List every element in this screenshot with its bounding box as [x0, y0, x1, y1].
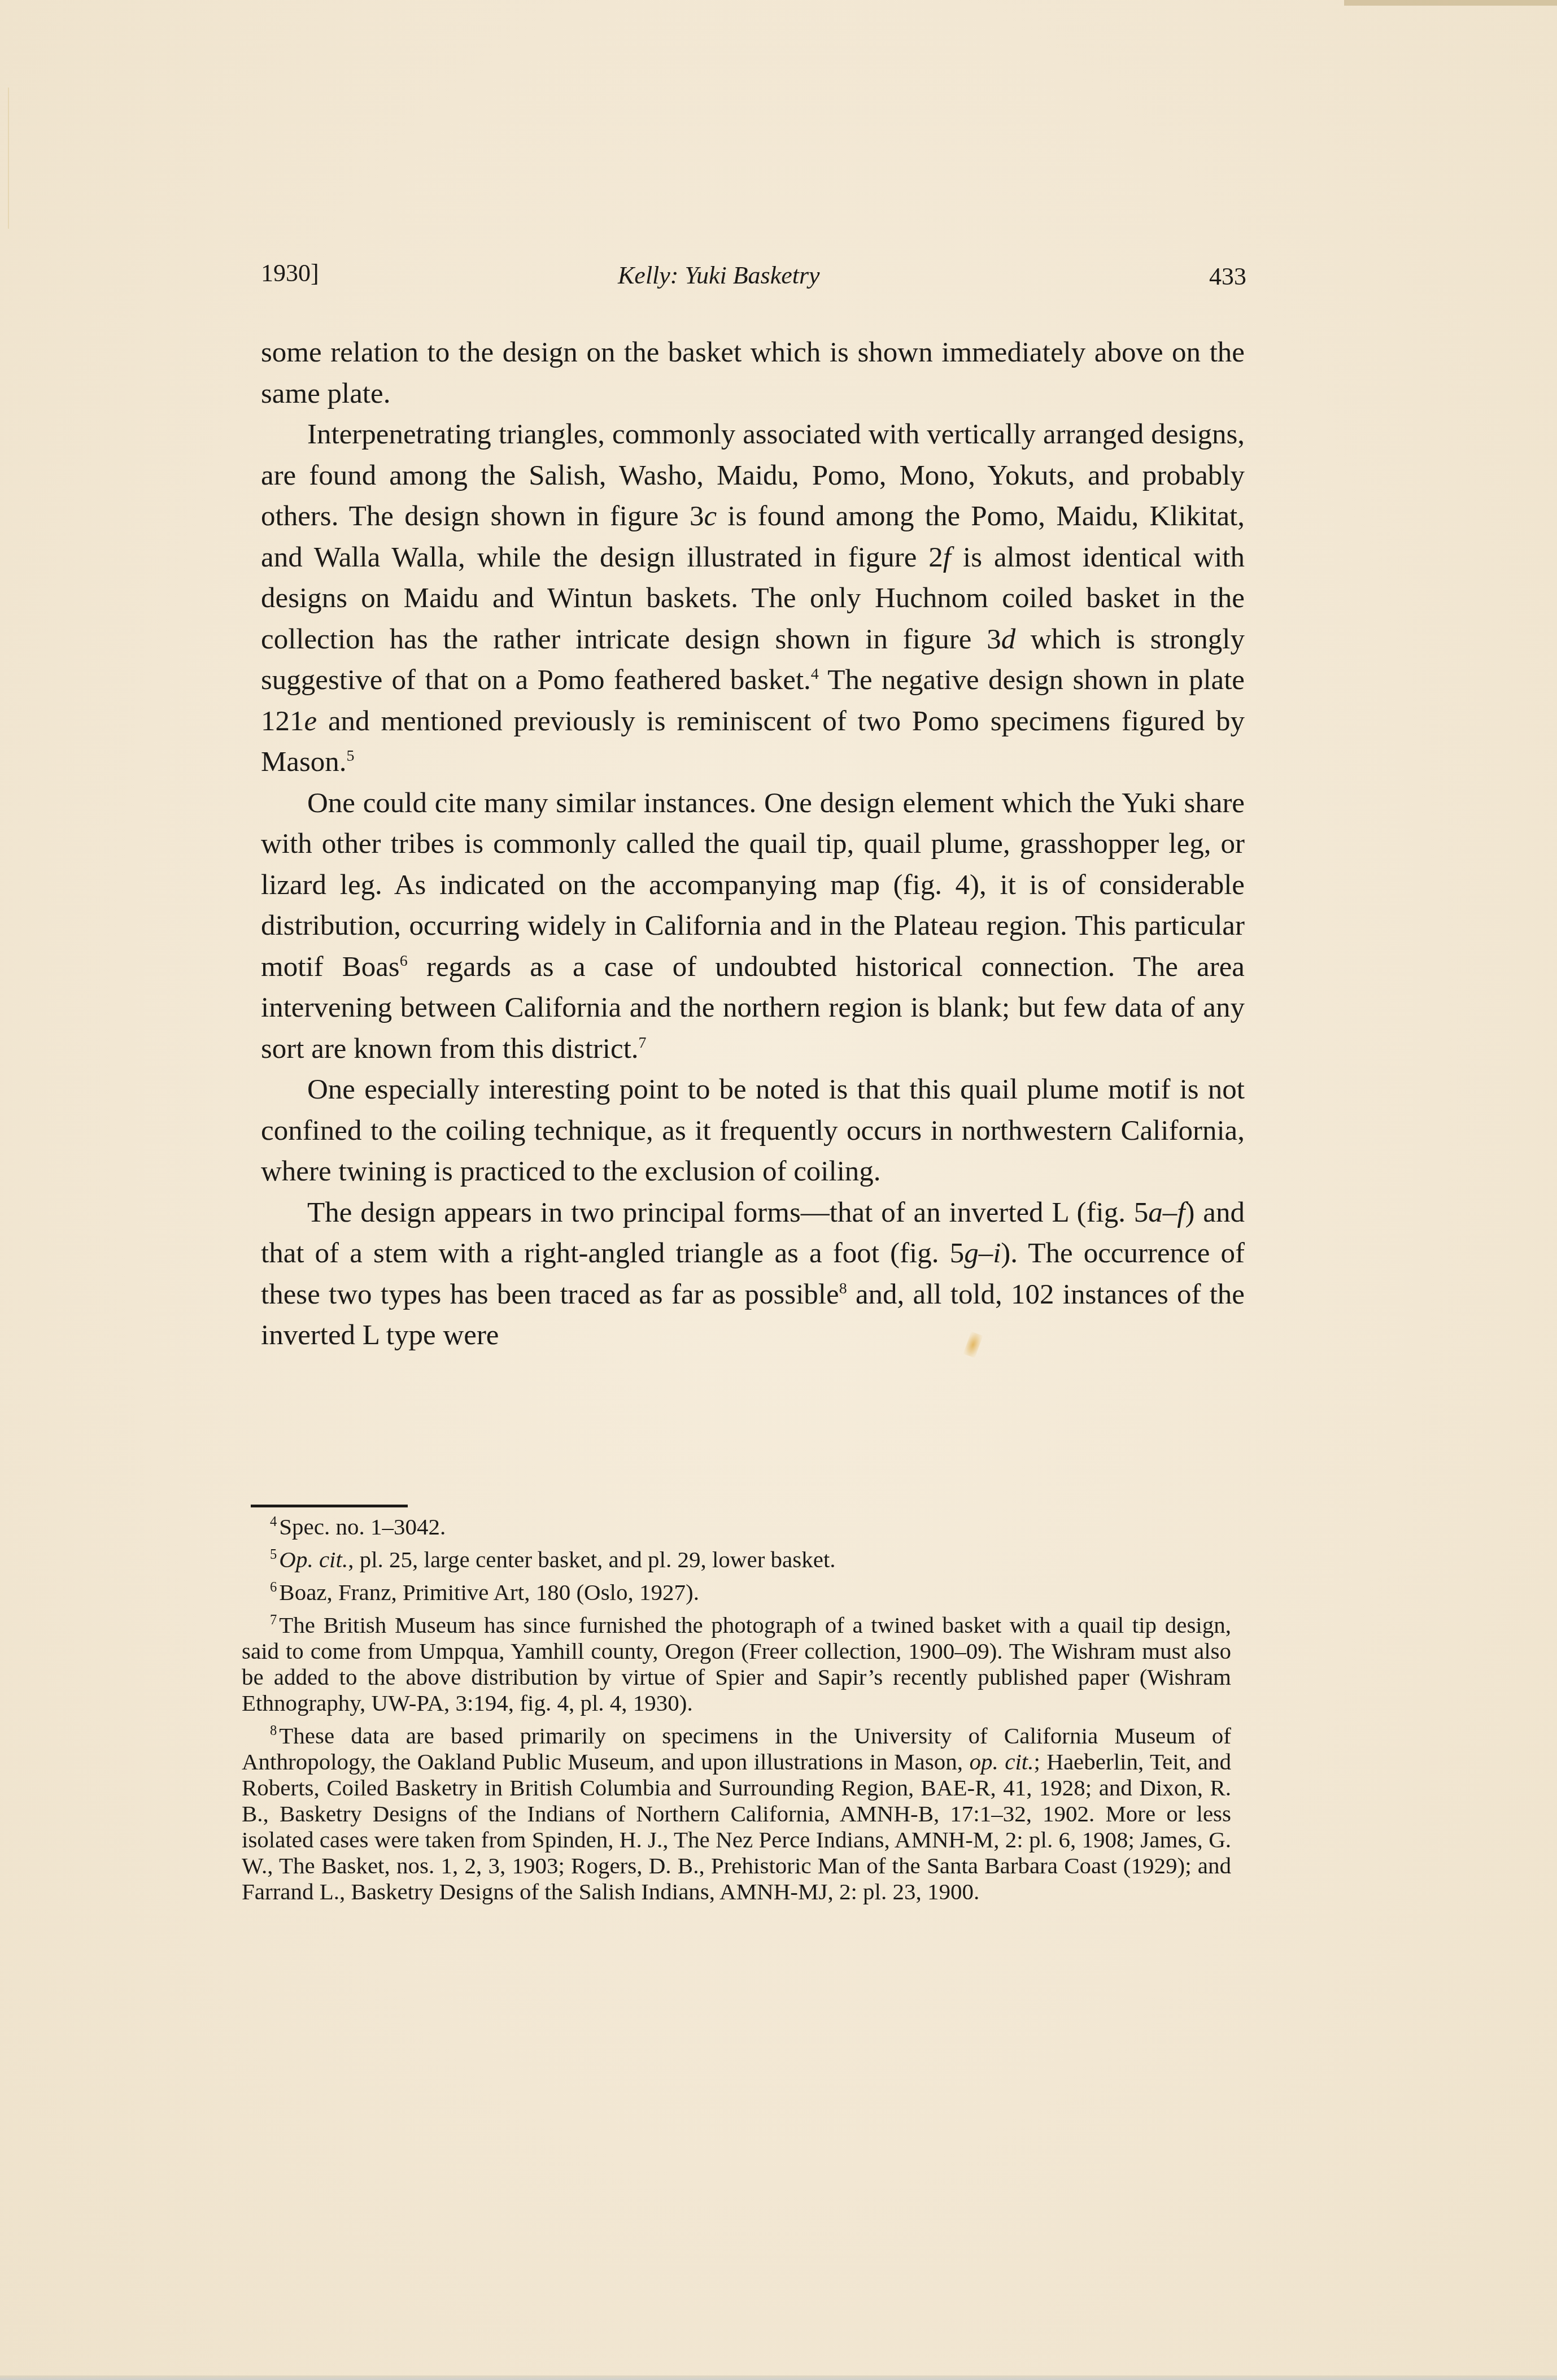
footnote-number: 7 — [270, 1612, 277, 1628]
torn-top-edge — [1344, 0, 1557, 6]
footnote-reference[interactable]: 4 — [811, 665, 819, 683]
text-run: One especially interesting point to be n… — [261, 1074, 1245, 1187]
text-run: some relation to the design on the baske… — [261, 337, 1245, 409]
page-number: 433 — [1209, 262, 1246, 291]
text-run: Boaz, Franz, Primitive Art, 180 (Oslo, 1… — [279, 1579, 699, 1605]
footnote-number: 6 — [270, 1580, 277, 1595]
footnote-6: 6Boaz, Franz, Primitive Art, 180 (Oslo, … — [242, 1579, 1231, 1605]
italic-text: c — [704, 500, 717, 532]
text-run: Spec. no. 1–3042. — [279, 1514, 446, 1540]
text-run: The design appears in two principal form… — [307, 1197, 1148, 1228]
binding-mark — [8, 88, 15, 229]
paragraph: some relation to the design on the baske… — [261, 332, 1245, 414]
italic-text: d — [1001, 624, 1016, 655]
italic-text: e — [304, 705, 317, 737]
footnote-8: 8These data are based primarily on speci… — [242, 1723, 1231, 1904]
italic-text: g–i — [964, 1237, 1001, 1269]
text-run: regards as a case of undoubted historica… — [261, 951, 1245, 1065]
footnote-reference[interactable]: 7 — [639, 1034, 647, 1052]
italic-text: op. cit. — [969, 1749, 1033, 1775]
text-run: and mentioned previously is reminiscent … — [261, 705, 1245, 778]
footnote-5: 5Op. cit., pl. 25, large center basket, … — [242, 1546, 1231, 1572]
footnote-7: 7The British Museum has since furnished … — [242, 1612, 1231, 1716]
footnotes: 4Spec. no. 1–3042.5Op. cit., pl. 25, lar… — [242, 1514, 1231, 1911]
italic-text: f — [943, 542, 951, 573]
footnote-rule — [251, 1505, 408, 1507]
paragraph: The design appears in two principal form… — [261, 1192, 1245, 1356]
footnote-4: 4Spec. no. 1–3042. — [242, 1514, 1231, 1540]
running-head: 1930] Kelly: Yuki Basketry 433 — [261, 259, 1289, 293]
body-text: some relation to the design on the baske… — [261, 332, 1245, 1356]
footnote-number: 4 — [270, 1514, 277, 1529]
footnote-reference[interactable]: 6 — [400, 952, 408, 970]
footnote-number: 5 — [270, 1547, 277, 1562]
italic-text: a–f — [1148, 1197, 1185, 1228]
text-run: The British Museum has since furnished t… — [242, 1612, 1231, 1716]
footnote-reference[interactable]: 5 — [347, 747, 355, 765]
running-head-year: 1930] — [261, 259, 319, 287]
footnote-number: 8 — [270, 1723, 277, 1738]
paragraph: One could cite many similar instances. O… — [261, 783, 1245, 1070]
scanned-page: 1930] Kelly: Yuki Basketry 433 some rela… — [0, 0, 1557, 2380]
italic-text: Op. cit. — [279, 1546, 348, 1572]
running-head-title: Kelly: Yuki Basketry — [618, 261, 820, 290]
footnote-reference[interactable]: 8 — [839, 1280, 847, 1297]
paragraph: Interpenetrating triangles, commonly ass… — [261, 414, 1245, 783]
text-run: , pl. 25, large center basket, and pl. 2… — [348, 1546, 835, 1572]
paragraph: One especially interesting point to be n… — [261, 1069, 1245, 1192]
bottom-page-edge — [0, 2375, 1557, 2380]
